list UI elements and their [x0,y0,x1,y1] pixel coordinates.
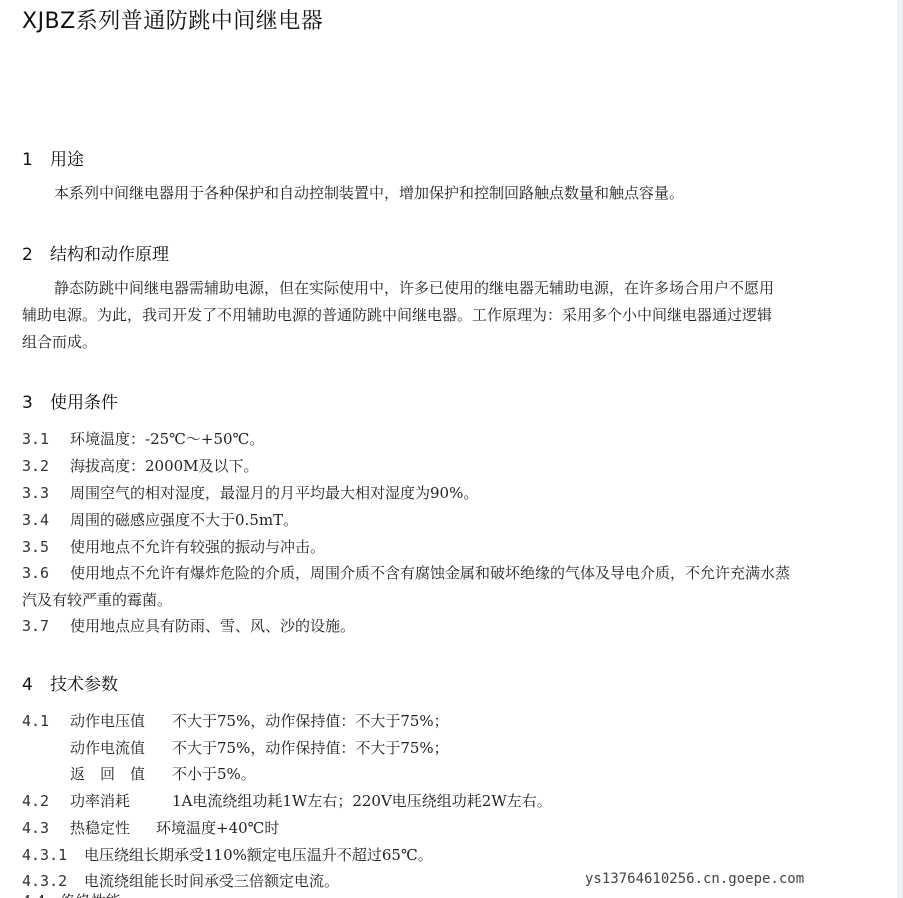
section-3-heading: 3使用条件 [22,388,118,413]
section-1-heading: 1用途 [22,145,84,170]
item-number: 4.3.2 [22,872,84,890]
section-title: 结构和动作原理 [50,245,169,265]
param-row: 4.3热稳定性环境温度+40℃时 [22,817,279,838]
param-label: 动作电流值 [70,737,172,758]
param-label: 返 回 值 [70,763,172,784]
item-text: 周围空气的相对湿度，最湿月的月平均最大相对湿度为90%。 [70,484,478,502]
item-text: 海拔高度：2000M及以下。 [70,457,259,475]
item-text: 使用地点应具有防雨、雪、风、沙的设施。 [70,617,355,635]
section-number: 3 [22,393,50,413]
section-title: 用途 [50,150,84,170]
section-number: 4 [22,675,50,695]
list-item: 3.7使用地点应具有防雨、雪、风、沙的设施。 [22,615,355,636]
section-title: 使用条件 [50,393,118,413]
param-label: 功率消耗 [70,790,172,811]
item-number: 3.7 [22,617,70,635]
list-item-continuation: 汽及有较严重的霉菌。 [22,589,172,610]
param-row: 动作电流值不大于75%，动作保持值：不大于75%； [22,737,449,758]
param-value: 1A电流绕组功耗1W左右；220V电压绕组功耗2W左右。 [172,792,552,810]
list-item: 4.3.2电流绕组能长时间承受三倍额定电流。 [22,870,339,891]
document-page: XJBZ系列普通防跳中间继电器 1用途 本系列中间继电器用于各种保护和自动控制装… [0,0,897,898]
list-item: 3.4周围的磁感应强度不大于0.5mT。 [22,509,298,530]
item-number: 4.3 [22,819,70,837]
item-number: 3.6 [22,564,70,582]
item-number: 3.2 [22,457,70,475]
section-2-heading: 2结构和动作原理 [22,240,169,265]
param-row: 4.1动作电压值不大于75%，动作保持值：不大于75%； [22,710,449,731]
section-number: 2 [22,245,50,265]
list-item: 3.5使用地点不允许有较强的振动与冲击。 [22,536,325,557]
item-number: 4.1 [22,712,70,730]
item-number: 4.2 [22,792,70,810]
list-item: 3.2海拔高度：2000M及以下。 [22,455,259,476]
item-number: 3.5 [22,538,70,556]
watermark-url: ys13764610256.cn.goepe.com [585,871,804,887]
section-number: 1 [22,150,50,170]
list-item: 3.3周围空气的相对湿度，最湿月的月平均最大相对湿度为90%。 [22,482,478,503]
param-row: 4.2功率消耗1A电流绕组功耗1W左右；220V电压绕组功耗2W左右。 [22,790,552,811]
item-text: 电流绕组能长时间承受三倍额定电流。 [84,872,339,890]
page-edge-strip [897,0,903,898]
section-1-paragraph: 本系列中间继电器用于各种保护和自动控制装置中，增加保护和控制回路触点数量和触点容… [22,180,862,207]
param-label: 动作电压值 [70,710,172,731]
list-item: 3.1环境温度：-25℃～+50℃。 [22,428,264,449]
param-value: 不大于75%，动作保持值：不大于75%； [172,712,449,730]
list-item: 4.3.1电压绕组长期承受110%额定电压温升不超过65℃。 [22,844,433,865]
item-text: 使用地点不允许有爆炸危险的介质，周围介质不含有腐蚀金属和破坏绝缘的气体及导电介质… [70,564,790,582]
item-number: 3.4 [22,511,70,529]
param-row: 返 回 值不小于5%。 [22,763,256,784]
item-number: 3.3 [22,484,70,502]
param-value: 不大于75%，动作保持值：不大于75%； [172,739,449,757]
item-text: 周围的磁感应强度不大于0.5mT。 [70,511,298,529]
item-number: 4.3.1 [22,846,84,864]
item-number: 3.1 [22,430,70,448]
section-title: 技术参数 [50,675,118,695]
paragraph-text: 本系列中间继电器用于各种保护和自动控制装置中，增加保护和控制回路触点数量和触点容… [54,184,684,202]
item-text: 使用地点不允许有较强的振动与冲击。 [70,538,325,556]
item-text: 电压绕组长期承受110%额定电压温升不超过65℃。 [84,846,433,864]
paragraph-line: 辅助电源。为此，我司开发了不用辅助电源的普通防跳中间继电器。工作原理为：采用多个… [22,306,772,324]
list-item: 3.6使用地点不允许有爆炸危险的介质，周围介质不含有腐蚀金属和破坏绝缘的气体及导… [22,562,790,583]
section-2-paragraph: 静态防跳中间继电器需辅助电源，但在实际使用中，许多已使用的继电器无辅助电源，在许… [22,275,862,356]
document-title: XJBZ系列普通防跳中间继电器 [22,4,323,35]
item-text: 环境温度：-25℃～+50℃。 [70,430,264,448]
paragraph-line: 静态防跳中间继电器需辅助电源，但在实际使用中，许多已使用的继电器无辅助电源，在许… [54,279,774,297]
param-value: 不小于5%。 [172,765,256,783]
param-value: 环境温度+40℃时 [156,819,279,837]
section-4-heading: 4技术参数 [22,670,118,695]
cutoff-line: 4.4 绝缘性能 [22,890,121,898]
paragraph-line: 组合而成。 [22,333,97,351]
param-label: 热稳定性 [70,817,156,838]
